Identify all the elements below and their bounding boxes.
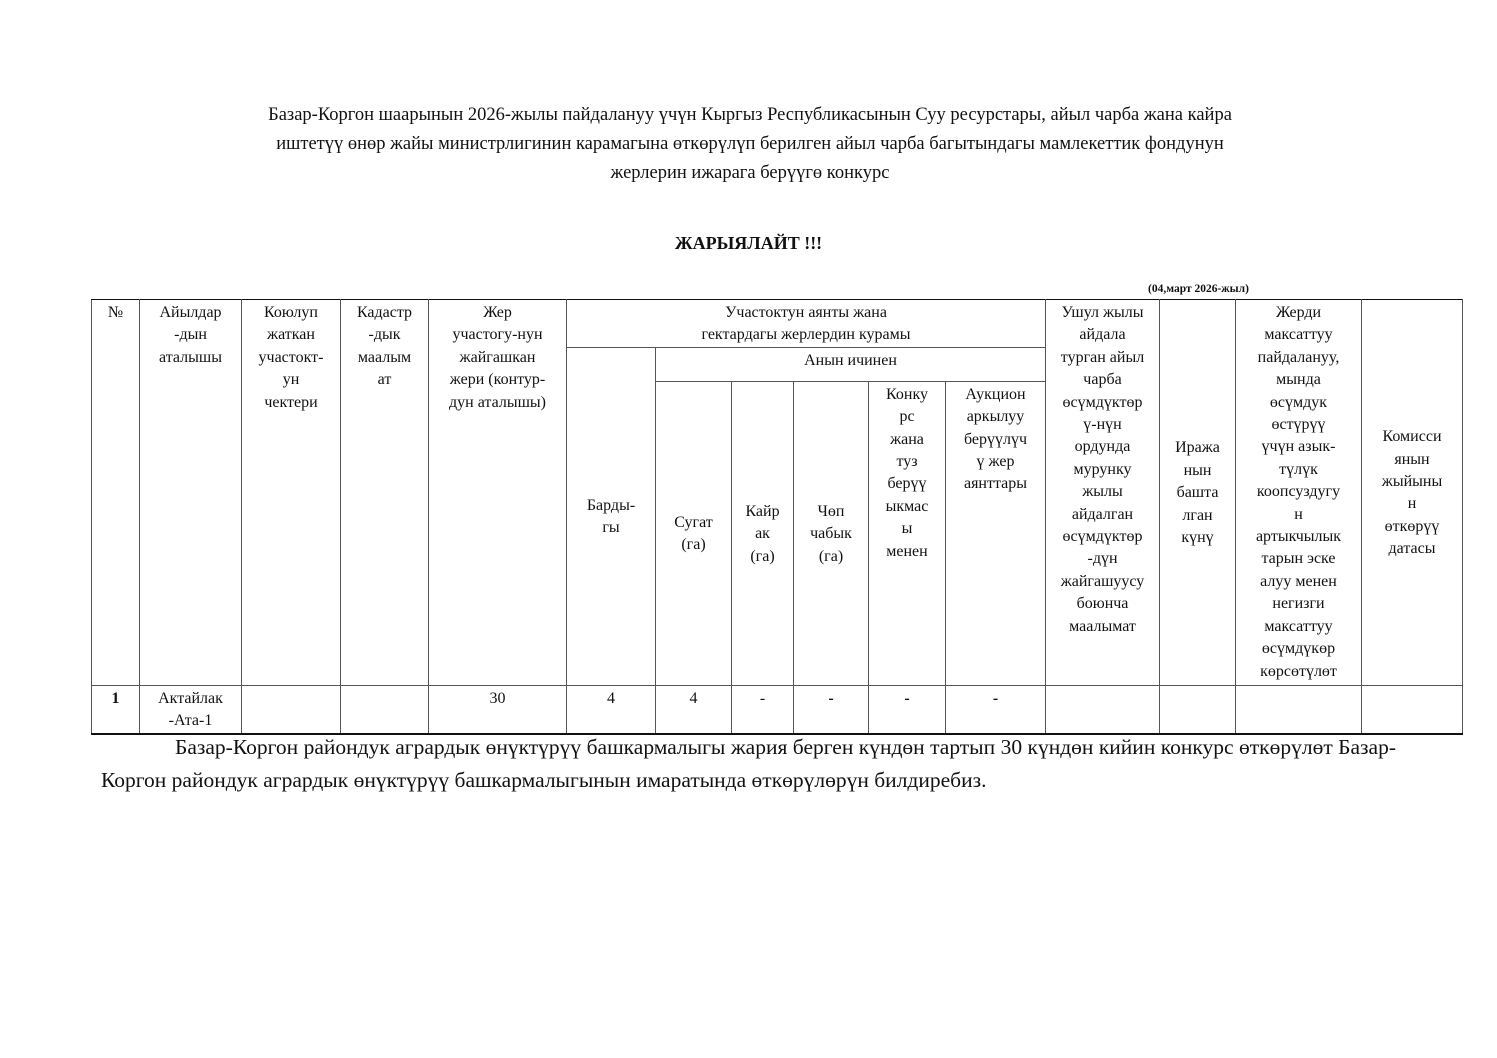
cell-num: 1 [92, 685, 140, 733]
heading-line: жерлерин ижарага берүүгө конкурс [200, 159, 1300, 188]
cell-village: Актайлак-Ата-1 [140, 685, 242, 733]
cell-target-use [1236, 685, 1362, 733]
header-irrigated: Сугат(га) [656, 381, 732, 685]
header-target-use: Жердимаксаттуупайдалануу,мындаөсүмдукөст… [1236, 300, 1362, 686]
cell-commission-date [1362, 685, 1463, 733]
cell-lease-start [1160, 685, 1236, 733]
cell-location: 30 [429, 685, 567, 733]
announcement-title: ЖАРЫЯЛАЙТ !!! [0, 233, 1497, 254]
document-heading: Базар-Коргон шаарынын 2026-жылы пайдалан… [200, 101, 1300, 188]
document-date: (04,март 2026-жыл) [1148, 283, 1249, 295]
cell-cadastral [341, 685, 429, 733]
header-of-which: Анын ичинен [656, 347, 1046, 381]
heading-line: Базар-Коргон шаарынын 2026-жылы пайдалан… [200, 101, 1300, 130]
header-crops-info: Ушул жылыайдалатурган айылчарбаөсүмдүктө… [1046, 300, 1160, 686]
header-total: Барды-гы [567, 347, 656, 685]
heading-line: иштетүү өнөр жайы министрлигинин карамаг… [200, 130, 1300, 159]
header-location: Жеручастогу-нунжайгашканжери (контур-дун… [429, 300, 567, 686]
header-auction: Аукционаркылууберүүлүчү жераянттары [946, 381, 1046, 685]
header-competition: Конкурсжанатузберүүыкмасыменен [869, 381, 946, 685]
header-hayfield: Чөпчабык(га) [794, 381, 869, 685]
header-num: № [92, 300, 140, 686]
cell-competition: - [869, 685, 946, 733]
header-village: Айылдар-дынаталышы [140, 300, 242, 686]
header-rainfed: Кайрак(га) [732, 381, 794, 685]
cell-boundaries [242, 685, 341, 733]
header-cadastral: Кадастр-дыкмаалымат [341, 300, 429, 686]
announcement-paragraph: Базар-Коргон райондук агрардык өнүктүрүү… [101, 731, 1396, 796]
header-commission-date: Комиссиянынжыйынынөткөрүүдатасы [1362, 300, 1463, 686]
cell-irrigated: 4 [656, 685, 732, 733]
cell-hayfield: - [794, 685, 869, 733]
header-boundaries: Коюлупжатканучастокт-унчектери [242, 300, 341, 686]
cell-crops-info [1046, 685, 1160, 733]
cell-rainfed: - [732, 685, 794, 733]
cell-total: 4 [567, 685, 656, 733]
table-row: 1 Актайлак-Ата-1 30 4 4 - - - - [92, 685, 1463, 733]
land-lease-table: № Айылдар-дынаталышы Коюлупжатканучасток… [91, 299, 1463, 735]
cell-auction: - [946, 685, 1046, 733]
header-lease-start: Иражанынбашталганкүнү [1160, 300, 1236, 686]
header-area-group: Участоктун аянты жанагектардагы жерлерди… [567, 300, 1046, 348]
